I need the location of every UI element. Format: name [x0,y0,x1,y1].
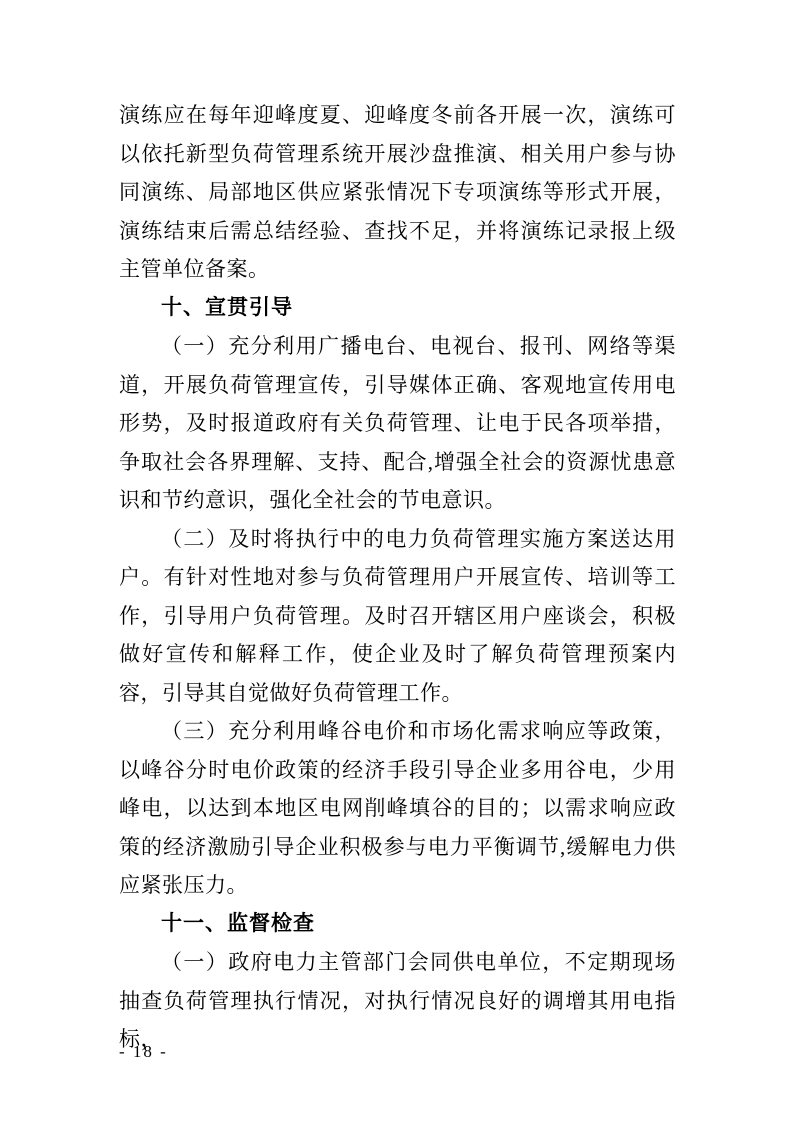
paragraph-10-item-3: （三）充分利用峰谷电价和市场化需求响应等政策，以峰谷分时电价政策的经济手段引导企… [119,712,676,905]
page-number: - 18 - [119,1040,168,1064]
paragraph-11-item-1: （一）政府电力主管部门会同供电单位，不定期现场抽查负荷管理执行情况，对执行情况良… [119,943,676,1059]
section-heading-11-supervision-inspection: 十一、监督检查 [119,905,676,944]
document-content: 演练应在每年迎峰度夏、迎峰度冬前各开展一次，演练可以依托新型负荷管理系统开展沙盘… [119,96,676,1059]
paragraph-10-item-1: （一）充分利用广播电台、电视台、报刊、网络等渠道，开展负荷管理宣传，引导媒体正确… [119,327,676,520]
section-heading-10-propaganda-guidance: 十、宣贯引导 [119,289,676,328]
paragraph-10-item-2: （二）及时将执行中的电力负荷管理实施方案送达用户。有针对性地对参与负荷管理用户开… [119,520,676,713]
paragraph-drill-continuation: 演练应在每年迎峰度夏、迎峰度冬前各开展一次，演练可以依托新型负荷管理系统开展沙盘… [119,96,676,289]
document-page: 演练应在每年迎峰度夏、迎峰度冬前各开展一次，演练可以依托新型负荷管理系统开展沙盘… [0,0,793,1122]
